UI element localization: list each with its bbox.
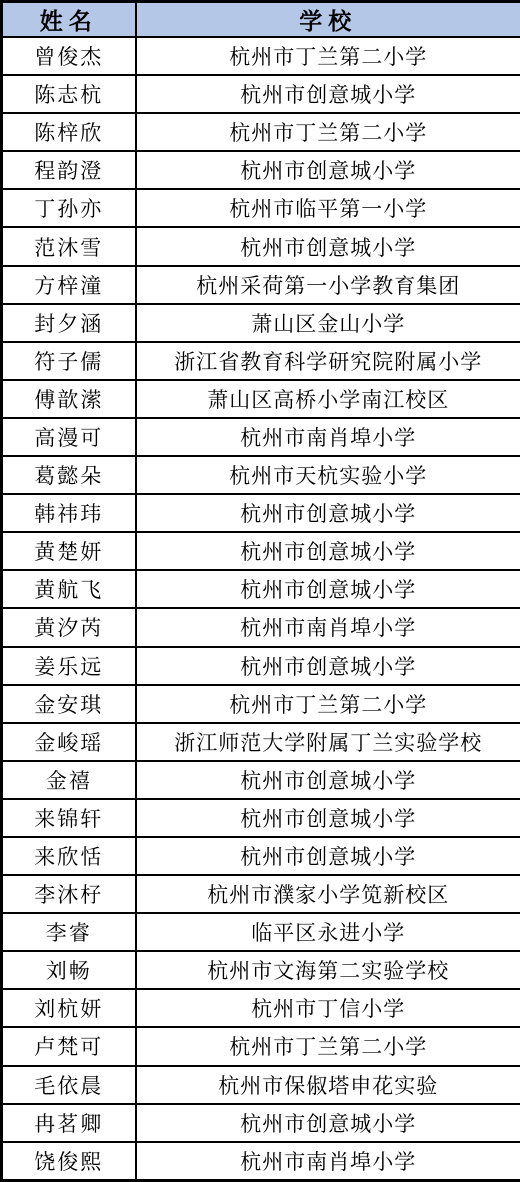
school-cell: 杭州市丁兰第二小学 [136,37,520,75]
table-row: 毛依晨杭州市保俶塔申花实验 [2,1066,520,1104]
table-row: 方梓潼杭州采荷第一小学教育集团 [2,266,520,304]
column-header-name: 姓名 [2,2,136,38]
table-row: 来锦轩杭州市创意城小学 [2,799,520,837]
table-row: 姜乐远杭州市创意城小学 [2,647,520,685]
table-row: 金安琪杭州市丁兰第二小学 [2,685,520,723]
table-row: 卢梵可杭州市丁兰第二小学 [2,1027,520,1065]
table-row: 陈梓欣杭州市丁兰第二小学 [2,113,520,151]
name-cell: 丁孙亦 [2,189,136,227]
name-cell: 李沐杍 [2,875,136,913]
name-cell: 陈志杭 [2,75,136,113]
school-cell: 杭州市丁兰第二小学 [136,1027,520,1065]
name-cell: 毛依晨 [2,1066,136,1104]
name-cell: 傅歆潆 [2,380,136,418]
school-cell: 临平区永进小学 [136,913,520,951]
school-cell: 杭州市创意城小学 [136,799,520,837]
school-cell: 萧山区高桥小学南江校区 [136,380,520,418]
school-cell: 杭州市创意城小学 [136,570,520,608]
name-cell: 刘畅 [2,951,136,989]
name-cell: 符子儒 [2,342,136,380]
name-cell: 刘杭妍 [2,989,136,1027]
table-row: 冉茗卿杭州市创意城小学 [2,1104,520,1142]
school-cell: 杭州市创意城小学 [136,532,520,570]
name-cell: 黄楚妍 [2,532,136,570]
name-cell: 葛懿朵 [2,456,136,494]
school-cell: 杭州市创意城小学 [136,761,520,799]
name-cell: 来锦轩 [2,799,136,837]
name-cell: 姜乐远 [2,647,136,685]
table-row: 饶俊熙杭州市南肖埠小学 [2,1142,520,1181]
name-cell: 韩祎玮 [2,494,136,532]
name-cell: 黄汐芮 [2,608,136,646]
table-row: 金峻瑶浙江师范大学附属丁兰实验学校 [2,723,520,761]
table-row: 李睿临平区永进小学 [2,913,520,951]
school-cell: 杭州市南肖埠小学 [136,1142,520,1181]
table-row: 葛懿朵杭州市天杭实验小学 [2,456,520,494]
table-row: 符子儒浙江省教育科学研究院附属小学 [2,342,520,380]
table-row: 黄楚妍杭州市创意城小学 [2,532,520,570]
name-cell: 冉茗卿 [2,1104,136,1142]
school-cell: 杭州市文海第二实验学校 [136,951,520,989]
header-row: 姓名 学校 [2,2,520,38]
table-row: 黄航飞杭州市创意城小学 [2,570,520,608]
table-row: 高漫可杭州市南肖埠小学 [2,418,520,456]
school-cell: 杭州市创意城小学 [136,151,520,189]
school-cell: 杭州市创意城小学 [136,75,520,113]
name-cell: 陈梓欣 [2,113,136,151]
column-header-school: 学校 [136,2,520,38]
table-row: 程韵澄杭州市创意城小学 [2,151,520,189]
school-cell: 杭州市临平第一小学 [136,189,520,227]
school-cell: 杭州市创意城小学 [136,837,520,875]
school-cell: 杭州市创意城小学 [136,494,520,532]
name-cell: 金禧 [2,761,136,799]
name-cell: 程韵澄 [2,151,136,189]
table-row: 韩祎玮杭州市创意城小学 [2,494,520,532]
roster-table: 姓名 学校 曾俊杰杭州市丁兰第二小学陈志杭杭州市创意城小学陈梓欣杭州市丁兰第二小… [0,0,520,1182]
table-row: 丁孙亦杭州市临平第一小学 [2,189,520,227]
name-cell: 高漫可 [2,418,136,456]
school-cell: 杭州市创意城小学 [136,1104,520,1142]
table-row: 封夕涵萧山区金山小学 [2,304,520,342]
school-cell: 浙江师范大学附属丁兰实验学校 [136,723,520,761]
school-cell: 杭州市濮家小学笕新校区 [136,875,520,913]
school-cell: 浙江省教育科学研究院附属小学 [136,342,520,380]
table-row: 曾俊杰杭州市丁兰第二小学 [2,37,520,75]
name-cell: 黄航飞 [2,570,136,608]
school-cell: 杭州市创意城小学 [136,647,520,685]
table-row: 金禧杭州市创意城小学 [2,761,520,799]
table-row: 傅歆潆萧山区高桥小学南江校区 [2,380,520,418]
table-row: 陈志杭杭州市创意城小学 [2,75,520,113]
school-cell: 杭州市丁兰第二小学 [136,685,520,723]
school-cell: 杭州市保俶塔申花实验 [136,1066,520,1104]
name-cell: 金安琪 [2,685,136,723]
school-cell: 杭州市南肖埠小学 [136,608,520,646]
name-cell: 方梓潼 [2,266,136,304]
school-cell: 杭州市丁兰第二小学 [136,113,520,151]
school-cell: 萧山区金山小学 [136,304,520,342]
name-cell: 金峻瑶 [2,723,136,761]
name-cell: 来欣恬 [2,837,136,875]
name-cell: 卢梵可 [2,1027,136,1065]
table-row: 刘杭妍杭州市丁信小学 [2,989,520,1027]
table-row: 李沐杍杭州市濮家小学笕新校区 [2,875,520,913]
name-cell: 范沐雪 [2,227,136,265]
school-cell: 杭州市创意城小学 [136,227,520,265]
table-row: 范沐雪杭州市创意城小学 [2,227,520,265]
name-cell: 曾俊杰 [2,37,136,75]
school-cell: 杭州采荷第一小学教育集团 [136,266,520,304]
table-row: 来欣恬杭州市创意城小学 [2,837,520,875]
table-row: 黄汐芮杭州市南肖埠小学 [2,608,520,646]
school-cell: 杭州市南肖埠小学 [136,418,520,456]
table-row: 刘畅杭州市文海第二实验学校 [2,951,520,989]
name-cell: 李睿 [2,913,136,951]
name-cell: 封夕涵 [2,304,136,342]
table-body: 曾俊杰杭州市丁兰第二小学陈志杭杭州市创意城小学陈梓欣杭州市丁兰第二小学程韵澄杭州… [2,37,520,1181]
name-cell: 饶俊熙 [2,1142,136,1181]
school-cell: 杭州市丁信小学 [136,989,520,1027]
school-cell: 杭州市天杭实验小学 [136,456,520,494]
